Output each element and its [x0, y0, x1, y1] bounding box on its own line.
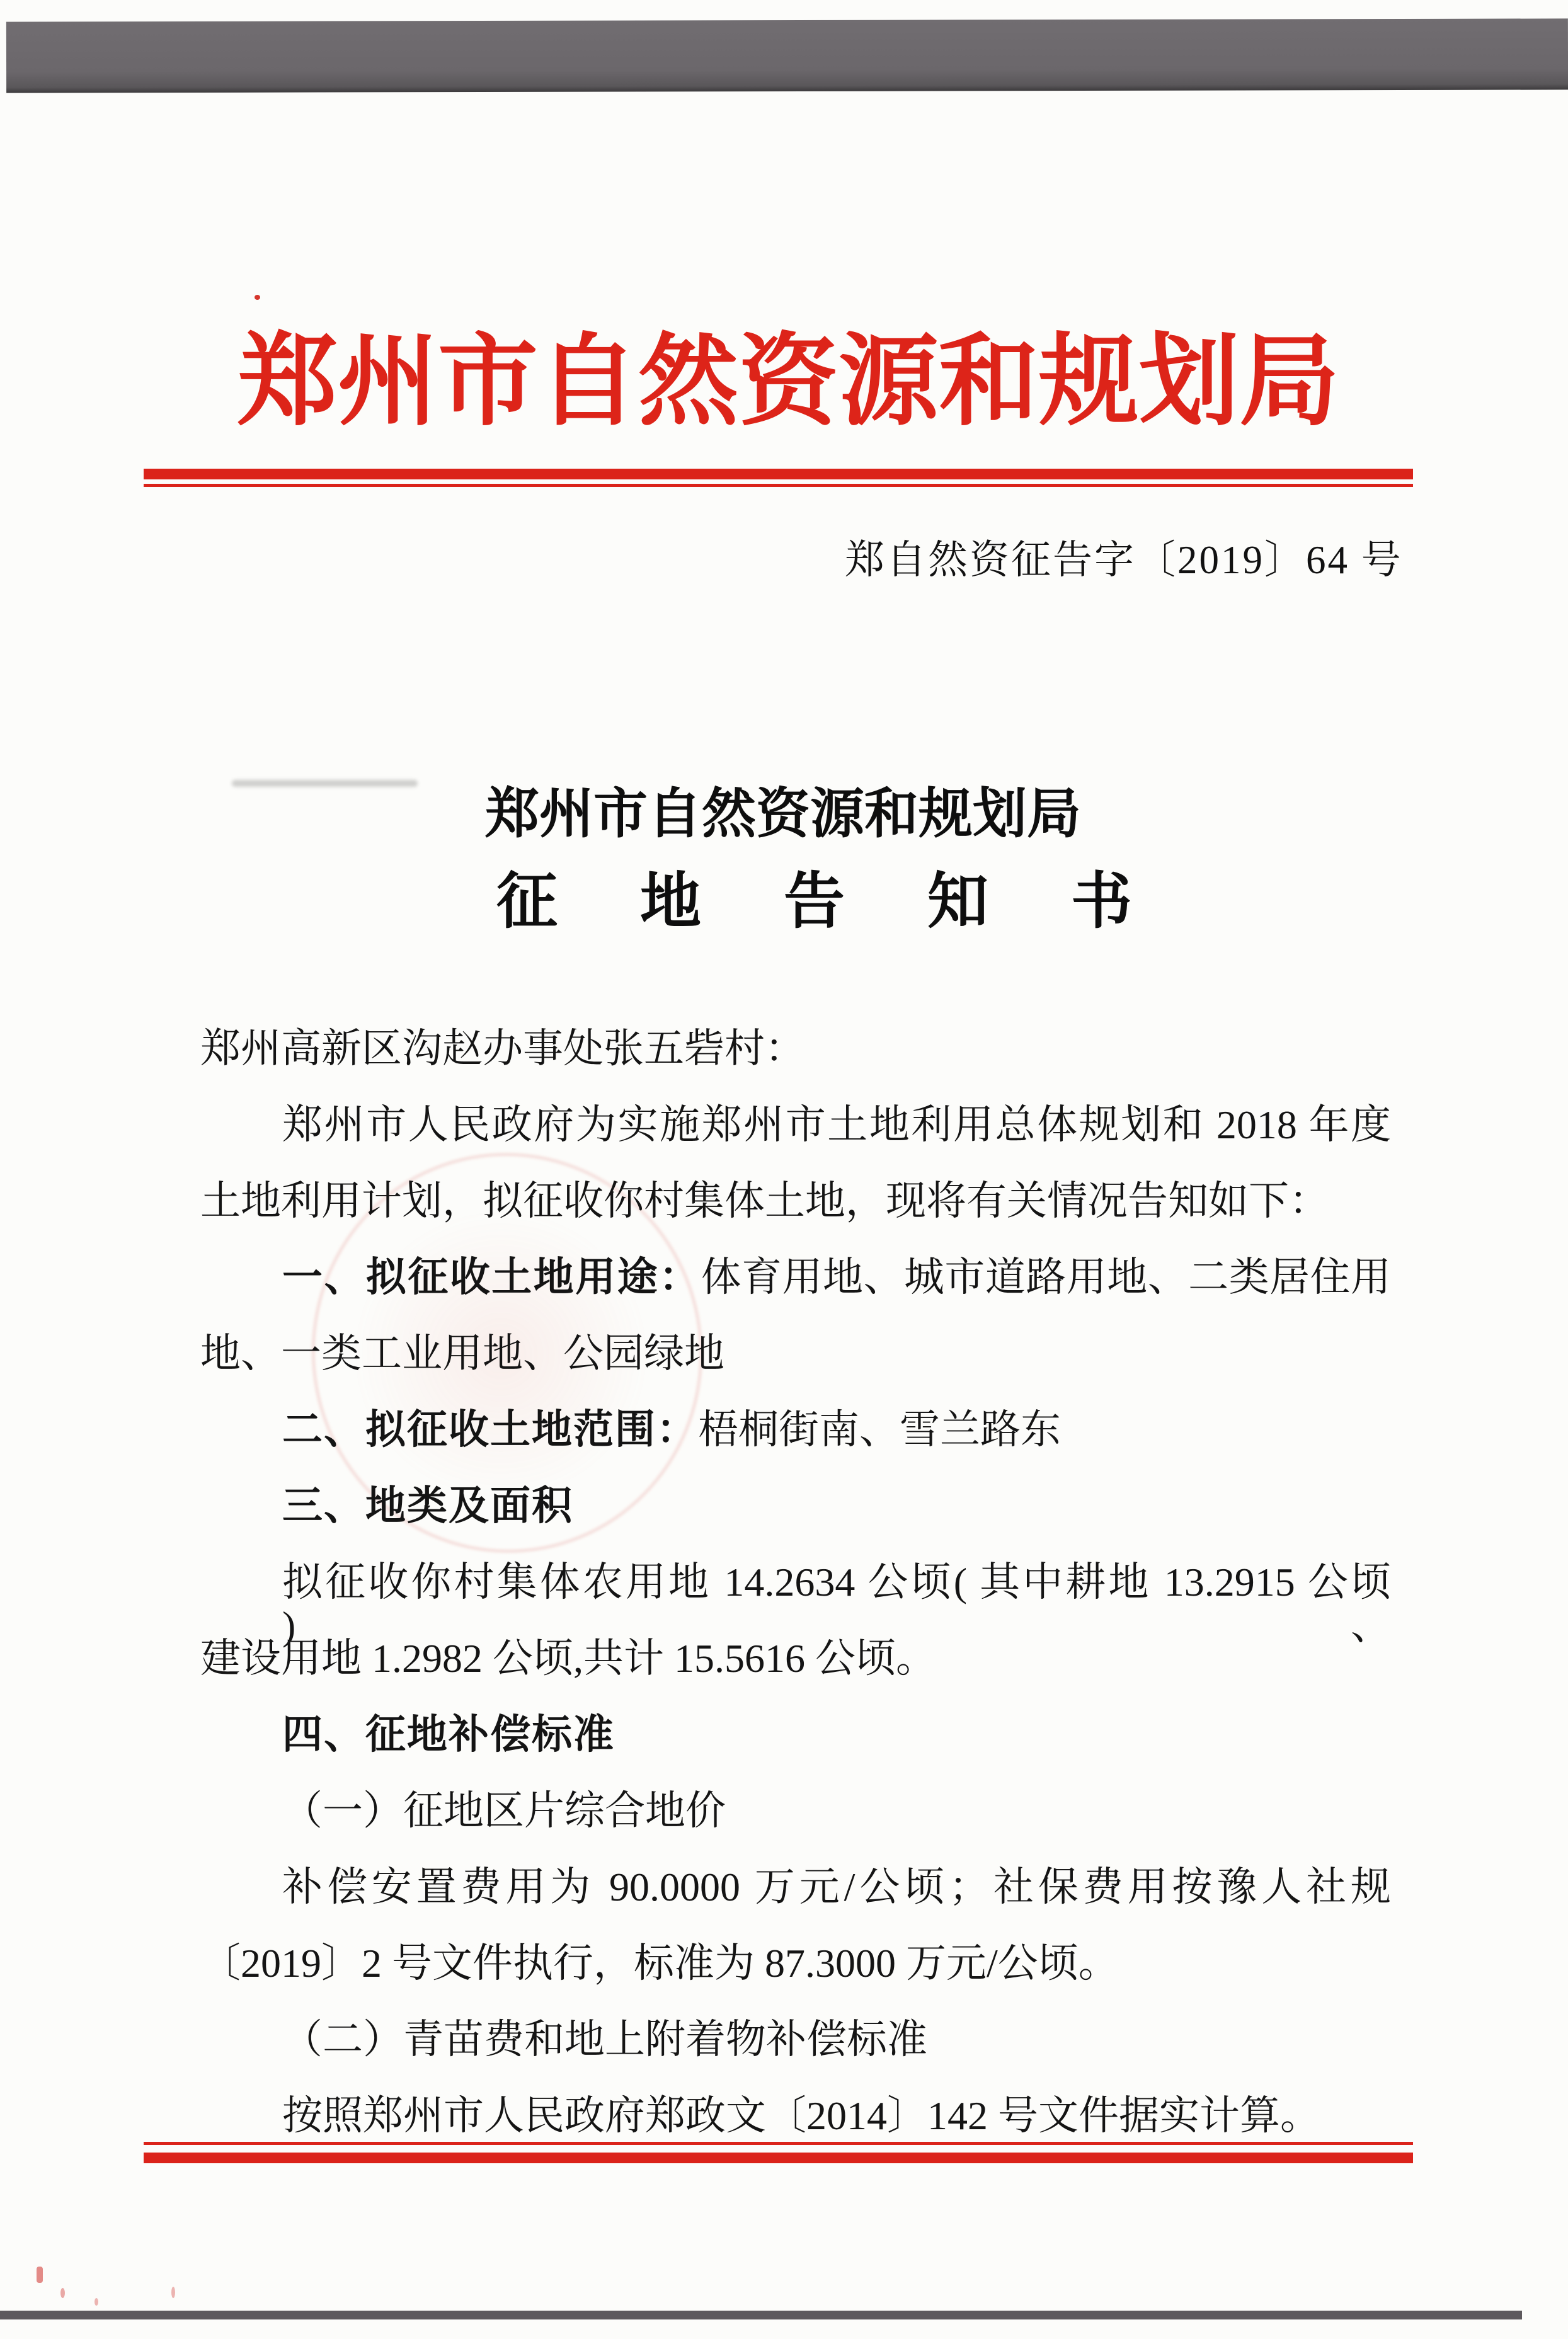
- red-speck: [60, 2288, 65, 2298]
- body-line-compensation: 补偿安置费用为 90.0000 万元/公顷；社保费用按豫人社规: [282, 1865, 1391, 1909]
- body-line-subsection-1: （一）征地区片综合地价: [282, 1789, 726, 1833]
- body-line: 郑州市人民政府为实施郑州市土地利用总体规划和 2018 年度: [282, 1103, 1391, 1147]
- body-line-salutation: 郑州高新区沟赵办事处张五砦村：: [200, 1027, 805, 1070]
- document-title-line2: 征地告知书: [496, 852, 1215, 940]
- scan-smudge: [232, 780, 418, 787]
- body-line-compensation: 〔2019〕2 号文件执行，标准为 87.3000 万元/公顷。: [200, 1942, 1119, 1985]
- scanned-land-acquisition-notice: 郑州市自然资源和规划局 郑自然资征告字〔2019〕64 号 郑州市自然资源和规划…: [0, 0, 1568, 2339]
- body-line: 地、一类工业用地、公园绿地: [200, 1332, 724, 1375]
- scan-artifact-top-bar: [6, 18, 1568, 93]
- red-speck: [37, 2267, 43, 2283]
- body-line-section-2: 二、拟征收土地范围：梧桐街南、雪兰路东: [282, 1408, 1061, 1451]
- body-line-area-figures: 建设用地 1.2982 公顷,共计 15.5616 公顷。: [200, 1637, 936, 1680]
- body-line-section-3: 三、地类及面积: [282, 1484, 573, 1528]
- body-line-area-figures: 拟征收你村集体农用地 14.2634 公顷( 其中耕地 13.2915 公顷 )…: [282, 1560, 1391, 1647]
- body-line-closing: 按照郑州市人民政府郑政文〔2014〕142 号文件据实计算。: [282, 2094, 1320, 2137]
- footer-rule-thin: [144, 2142, 1413, 2145]
- letterhead-agency-name: 郑州市自然资源和规划局: [237, 320, 1337, 452]
- red-speck: [255, 295, 260, 300]
- body-line-subsection-2: （二）青苗费和地上附着物补偿标准: [282, 2018, 927, 2061]
- scan-artifact-bottom-bar: [0, 2311, 1522, 2319]
- document-number: 郑自然资征告字〔2019〕64 号: [845, 528, 1403, 585]
- body-line-section-4: 四、征地补偿标准: [282, 1713, 615, 1756]
- letterhead-rule-thin: [144, 484, 1413, 487]
- body-line-section-1: 一、拟征收土地用途：体育用地、城市道路用地、二类居住用: [282, 1255, 1391, 1299]
- body-line: 土地利用计划，拟征收你村集体土地，现将有关情况告知如下：: [200, 1179, 1329, 1223]
- red-speck: [171, 2287, 175, 2298]
- red-speck: [94, 2298, 98, 2306]
- footer-rule-thick: [144, 2153, 1413, 2163]
- letterhead-rule-thick: [144, 469, 1413, 479]
- document-title-line1: 郑州市自然资源和规划局: [485, 770, 1135, 848]
